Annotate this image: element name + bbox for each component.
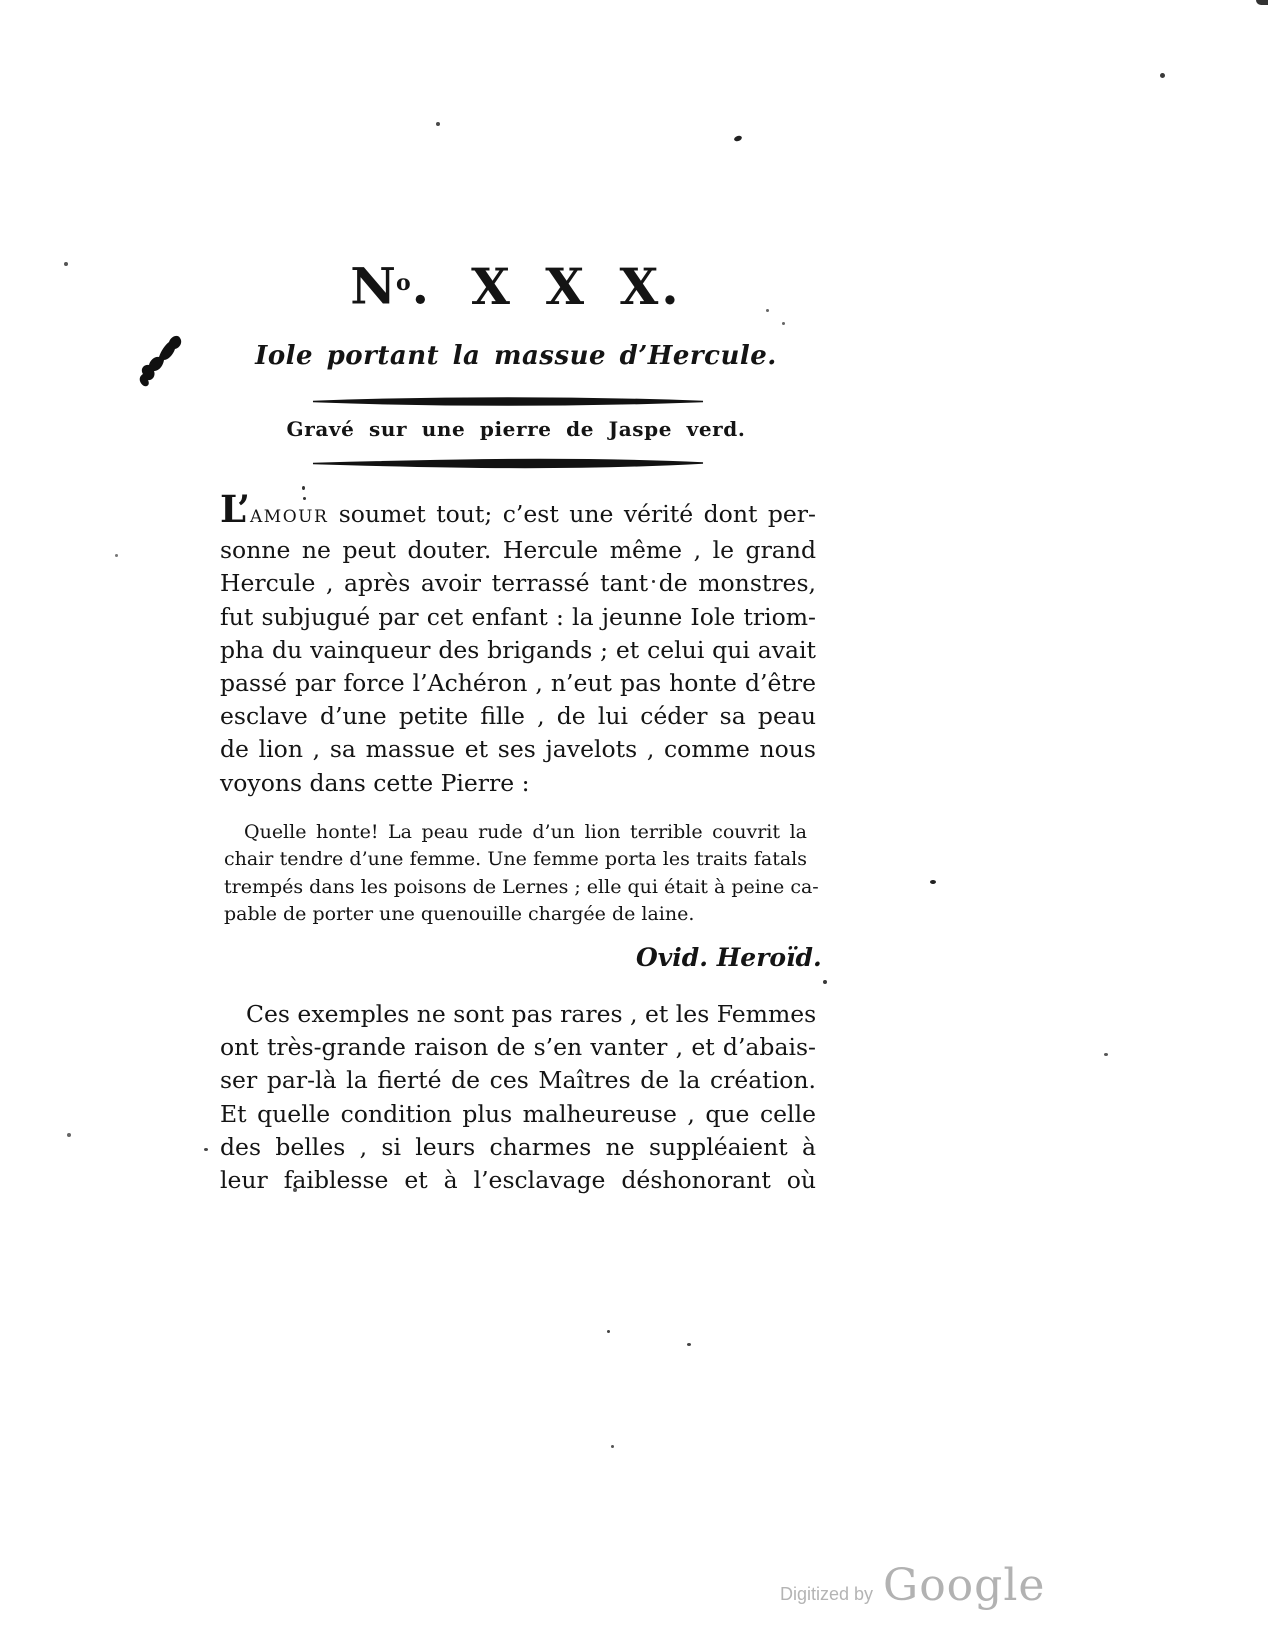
chapter-number-period: . — [412, 257, 429, 316]
text-line: sonne ne peut douter. Hercule même , le … — [220, 534, 816, 567]
text-line: ont très-grande raison de s’en vanter , … — [220, 1031, 816, 1064]
ink-speck — [293, 1188, 297, 1192]
plate-subtitle: Iole portant la massue d’Hercule. — [226, 339, 806, 373]
quote-line: trempés dans les poisons de Lernes ; ell… — [224, 874, 807, 901]
ink-speck — [687, 1343, 691, 1346]
ink-speck — [1104, 1053, 1108, 1056]
blockquote: Quelle honte! La peau rude d’un lion ter… — [224, 819, 807, 928]
ink-speck — [652, 580, 655, 583]
line-text: soumet tout; c’est une vérité dont per- — [339, 500, 816, 528]
quote-line: chair tendre d’une femme. Une femme port… — [224, 846, 807, 873]
text-line: esclave d’une petite fille , de lui céde… — [220, 700, 816, 733]
ink-speck — [782, 322, 785, 325]
text-line: voyons dans cette Pierre : — [220, 767, 816, 800]
scanned-page: No. X X X. Iole portant la massue d’Herc… — [0, 0, 1280, 1651]
ink-speck — [733, 135, 742, 142]
ink-speck — [302, 486, 305, 490]
text-line: Ces exemples ne sont pas rares , et les … — [220, 998, 816, 1031]
swelled-rule-top — [311, 396, 705, 407]
digitized-by-label: Digitized by — [780, 1584, 873, 1605]
ink-speck — [436, 122, 440, 126]
chapter-number: No. X X X. — [226, 256, 806, 314]
text-line: des belles , si leurs charmes ne suppléa… — [220, 1131, 816, 1164]
ink-speck — [115, 554, 118, 557]
ink-speck — [611, 1445, 614, 1448]
ink-speck — [1160, 73, 1165, 78]
text-line: Hercule , après avoir terrassé tant de m… — [220, 567, 816, 600]
ink-speck — [204, 1148, 208, 1151]
ink-speck — [766, 309, 769, 312]
swelled-rule-bottom — [311, 458, 705, 469]
text-line: leur faiblesse et à l’esclavage déshonor… — [220, 1164, 816, 1197]
text-line: ser par-là la fierté de ces Maîtres de l… — [220, 1064, 816, 1097]
ink-speck — [930, 880, 936, 884]
drop-initial: L’ — [220, 487, 250, 531]
ink-blot — [136, 330, 184, 388]
ink-speck — [67, 1133, 71, 1137]
text-line: passé par force l’Achéron , n’eut pas ho… — [220, 667, 816, 700]
ink-speck — [1256, 0, 1268, 5]
google-watermark: Digitized by Google — [780, 1560, 1045, 1611]
lead-small-caps: AMOUR — [250, 507, 328, 527]
quote-attribution: Ovid. Heroïd. — [636, 943, 822, 972]
chapter-number-numeral: X X X. — [471, 260, 682, 314]
engraving-caption: Gravé sur une pierre de Jaspe verd. — [226, 416, 806, 442]
ink-speck — [823, 980, 827, 984]
ink-speck — [303, 497, 306, 500]
chapter-number-label: No. — [350, 256, 429, 314]
chapter-number-n: N — [350, 257, 396, 316]
chapter-number-superscript: o — [396, 270, 412, 296]
ink-speck — [64, 262, 68, 266]
text-line: Et quelle condition plus malheureuse , q… — [220, 1098, 816, 1131]
quote-line: pable de porter une quenouille chargée d… — [224, 901, 807, 928]
ink-speck — [607, 1330, 610, 1333]
text-line: pha du vainqueur des brigands ; et celui… — [220, 634, 816, 667]
google-logo: Google — [883, 1560, 1045, 1611]
text-line: fut subjugué par cet enfant : la jeunne … — [220, 601, 816, 634]
quote-line: Quelle honte! La peau rude d’un lion ter… — [224, 819, 807, 846]
body-paragraph-2: Ces exemples ne sont pas rares , et les … — [220, 998, 816, 1197]
text-line: L’AMOUR soumet tout; c’est une vérité do… — [220, 498, 816, 534]
text-line: de lion , sa massue et ses javelots , co… — [220, 733, 816, 766]
body-paragraph-1: L’AMOUR soumet tout; c’est une vérité do… — [220, 498, 816, 800]
